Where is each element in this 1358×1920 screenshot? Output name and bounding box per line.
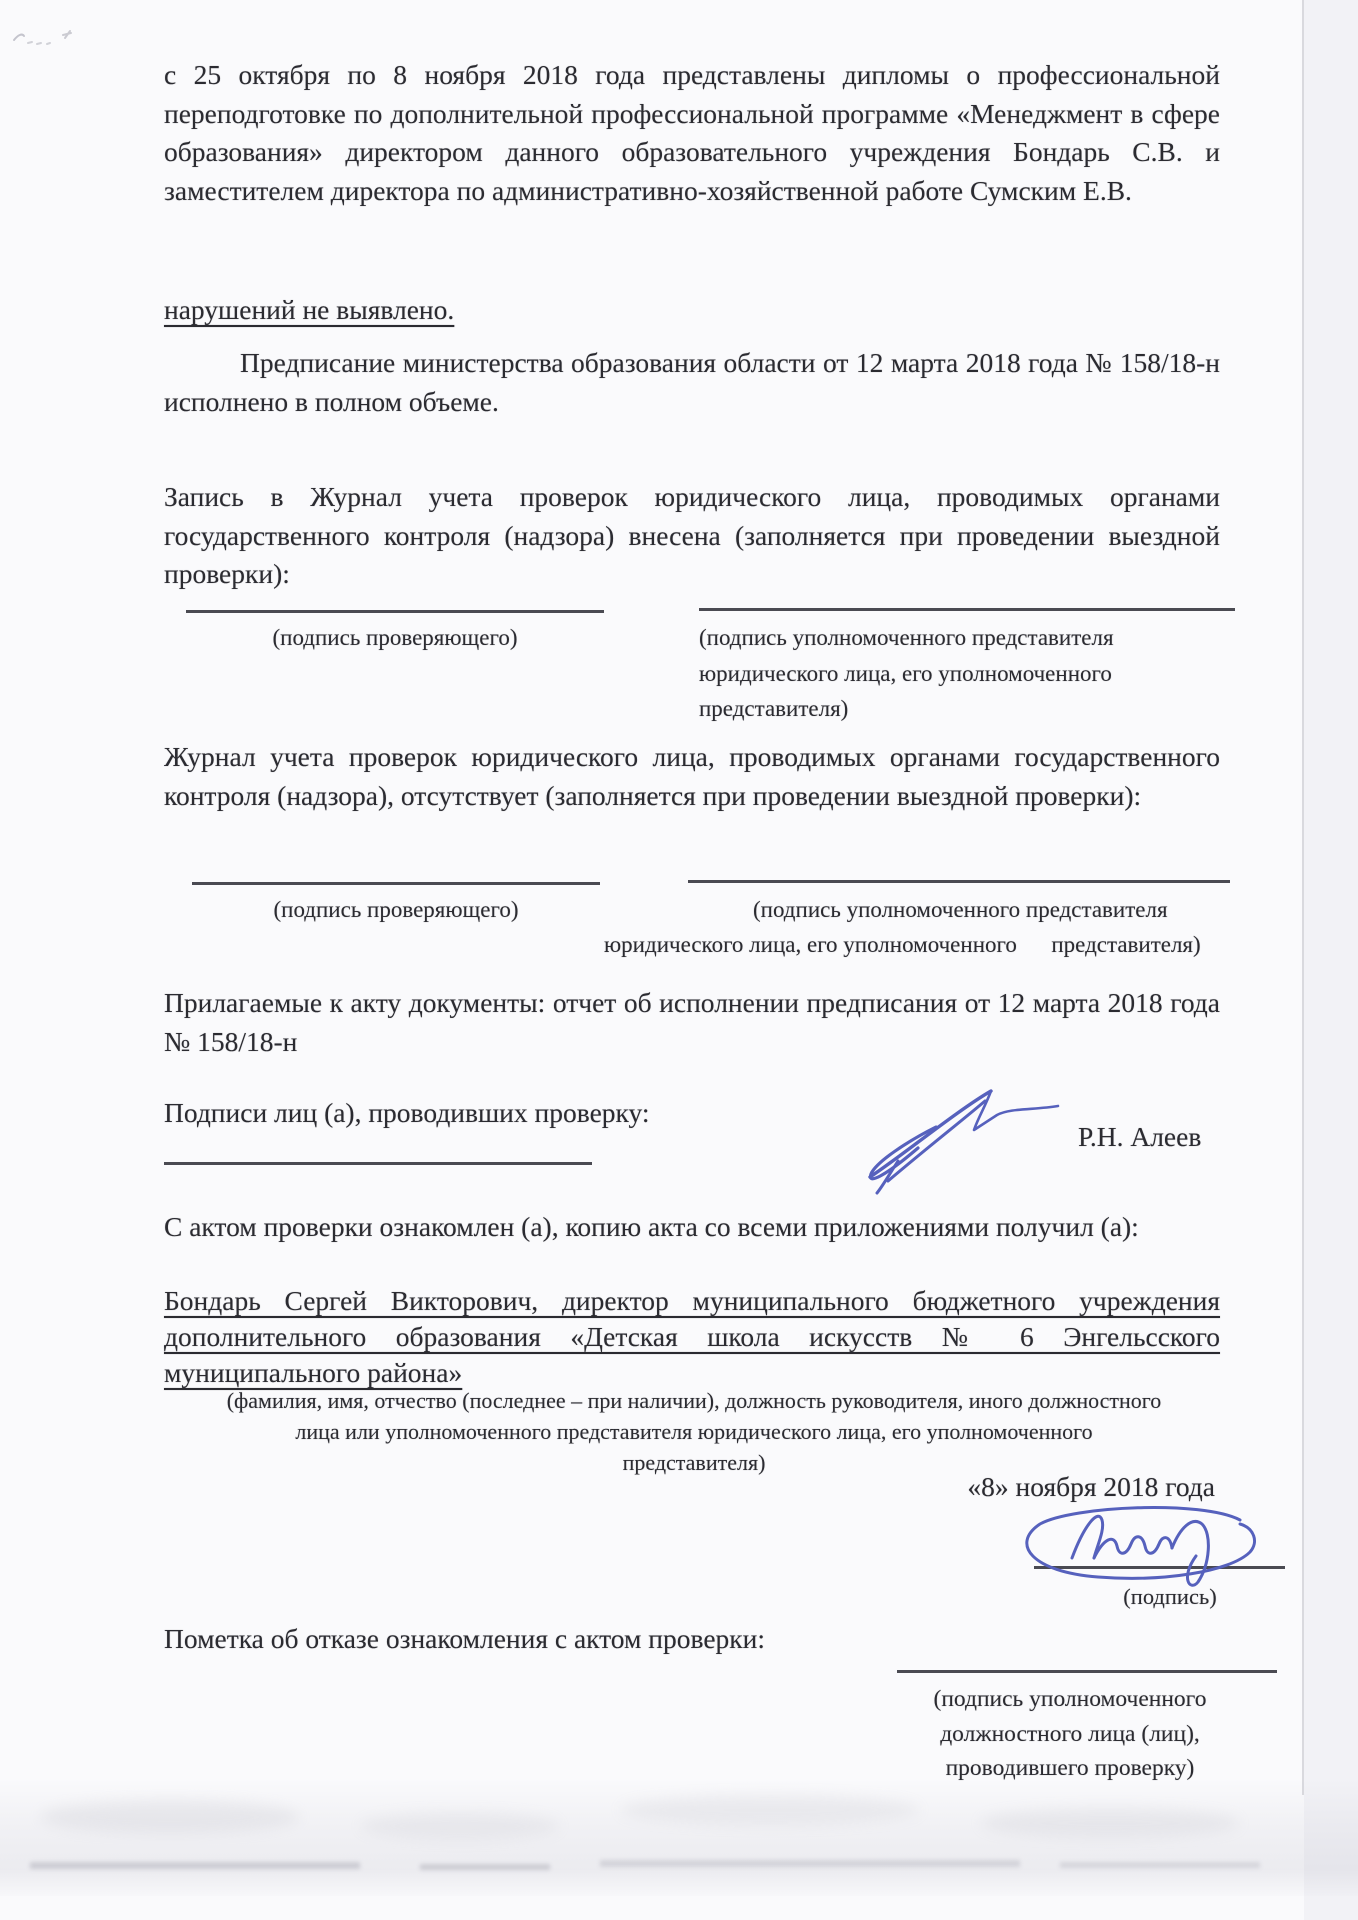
- signature-line-representative-1: [699, 608, 1235, 611]
- signatures-label: Подписи лиц (а), проводивших проверку:: [164, 1094, 650, 1133]
- scan-blotch: [980, 1808, 1240, 1838]
- inspector-signature-underline: [164, 1162, 592, 1165]
- inspector-ink-signature: [858, 1085, 1070, 1197]
- scan-blotch: [40, 1800, 300, 1834]
- pencil-mark: [10, 26, 105, 54]
- scan-blotch: [620, 1795, 920, 1825]
- scan-speckle: [600, 1860, 1020, 1867]
- director-name-statement: Бондарь Сергей Викторович, директор муни…: [164, 1283, 1220, 1391]
- paragraph-journal-absent: Журнал учета проверок юридического лица,…: [164, 738, 1220, 815]
- signature-line-inspector-1: [186, 610, 604, 613]
- caption-bottom-signature: (подпись уполномоченного должностного ли…: [860, 1682, 1280, 1786]
- paragraph-diplomas: с 25 октября по 8 ноября 2018 года предс…: [164, 56, 1220, 210]
- caption-inspector-signature-1: (подпись проверяющего): [186, 620, 604, 656]
- caption-podpis: (подпись): [1080, 1578, 1260, 1617]
- refusal-note-label: Пометка об отказе ознакомления с актом п…: [164, 1620, 765, 1659]
- paragraph-attachments: Прилагаемые к акту документы: отчет об и…: [164, 984, 1220, 1061]
- scan-blotch: [360, 1812, 560, 1840]
- signature-line-inspector-2: [192, 882, 600, 885]
- inspector-name: Р.Н. Алеев: [1078, 1118, 1201, 1157]
- caption-inspector-signature-2: (подпись проверяющего): [192, 892, 600, 928]
- signature-line-representative-2: [688, 880, 1230, 883]
- scan-right-margin: [1304, 0, 1358, 1920]
- scan-speckle: [1060, 1862, 1260, 1868]
- no-violations-statement: нарушений не выявлено.: [164, 291, 454, 330]
- scan-speckle: [420, 1864, 550, 1870]
- caption-director-name: (фамилия, имя, отчество (последнее – при…: [134, 1385, 1254, 1478]
- scanned-document-page: с 25 октября по 8 ноября 2018 года предс…: [0, 0, 1358, 1920]
- scan-speckle: [30, 1862, 360, 1869]
- bottom-signature-line: [897, 1670, 1277, 1673]
- caption-representative-signature-2-line1: (подпись уполномоченного представителя: [753, 892, 1168, 928]
- caption-representative-signature-1: (подпись уполномоченного представителя ю…: [699, 620, 1219, 727]
- scan-edge-line: [1302, 0, 1304, 1795]
- paragraph-acquainted: С актом проверки ознакомлен (а), копию а…: [164, 1208, 1220, 1247]
- paragraph-prescription-fulfilled: Предписание министерства образования обл…: [164, 344, 1220, 421]
- caption-representative-signature-2-line2: юридического лица, его уполномоченного п…: [604, 927, 1201, 963]
- paragraph-journal-entry: Запись в Журнал учета проверок юридическ…: [164, 478, 1220, 594]
